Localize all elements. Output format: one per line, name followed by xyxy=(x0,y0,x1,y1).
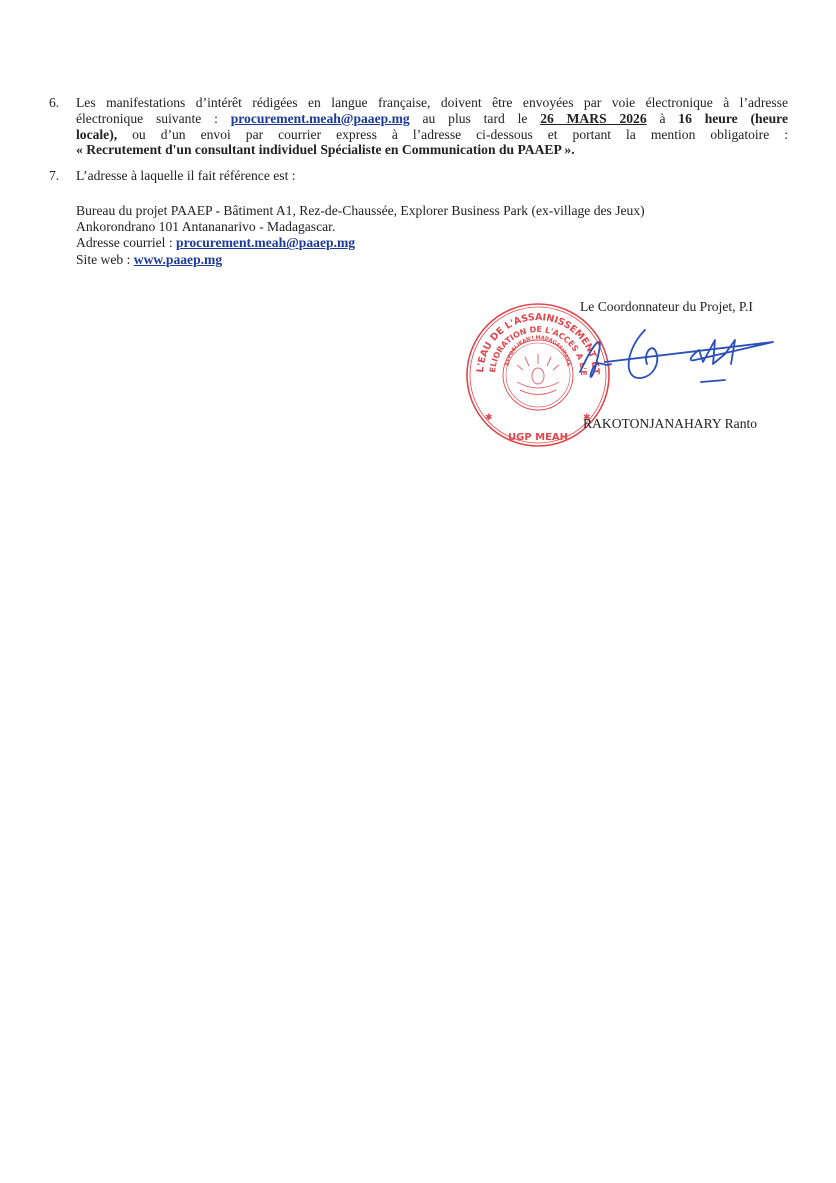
deadline-date: 26 MARS 2026 xyxy=(540,111,646,126)
email-link[interactable]: procurement.meah@paaep.mg xyxy=(231,111,410,126)
signatory-title: Le Coordonnateur du Projet, P.I xyxy=(580,299,753,315)
document-page: 6. Les manifestations d’intérêt rédigées… xyxy=(0,0,836,1183)
address-block: Bureau du projet PAAEP - Bâtiment A1, Re… xyxy=(76,203,645,268)
item-number: 6. xyxy=(49,95,59,111)
item-6-line-3: locale), ou d’un envoi par courrier expr… xyxy=(76,127,788,143)
item-7-text: L’adresse à laquelle il fait référence e… xyxy=(76,168,788,184)
signatory-name: RAKOTONJANAHARY Ranto xyxy=(583,416,757,432)
svg-text:✱: ✱ xyxy=(485,413,493,423)
svg-text:UGP MEAH: UGP MEAH xyxy=(508,432,568,443)
address-email-link[interactable]: procurement.meah@paaep.mg xyxy=(176,235,355,250)
deadline-time: 16 heure (heure xyxy=(678,111,788,126)
item-6-line-2: électronique suivante : procurement.meah… xyxy=(76,111,788,127)
mandatory-mention: « Recrutement d'un consultant individuel… xyxy=(76,142,575,157)
address-web-row: Site web : www.paaep.mg xyxy=(76,252,645,268)
item-6-line-1: Les manifestations d’intérêt rédigées en… xyxy=(76,95,788,111)
address-email-row: Adresse courriel : procurement.meah@paae… xyxy=(76,235,645,251)
address-line-2: Ankorondrano 101 Antananarivo - Madagasc… xyxy=(76,219,645,235)
handwritten-signature-icon xyxy=(575,320,775,400)
address-line-1: Bureau du projet PAAEP - Bâtiment A1, Re… xyxy=(76,203,645,219)
item-6-body: Les manifestations d’intérêt rédigées en… xyxy=(76,95,788,158)
website-link[interactable]: www.paaep.mg xyxy=(134,252,222,267)
item-number: 7. xyxy=(49,168,59,184)
item-6-line-4: « Recrutement d'un consultant individuel… xyxy=(76,142,788,158)
